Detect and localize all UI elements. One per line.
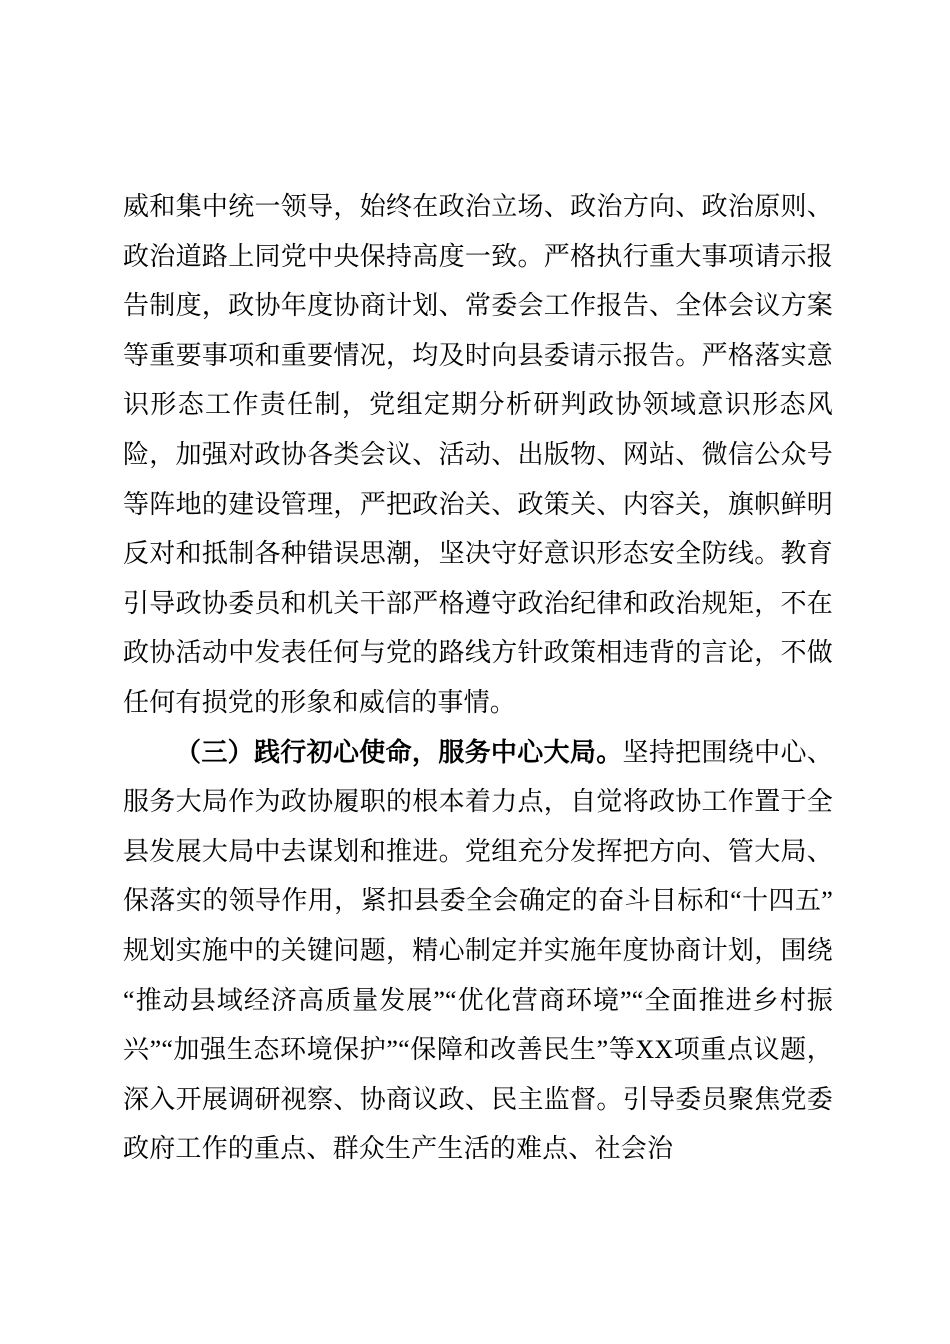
document-page: 威和集中统一领导，始终在政治立场、政治方向、政治原则、政治道路上同党中央保持高度… — [0, 0, 950, 1344]
paragraph-section-three: （三）践行初心使命，服务中心大局。坚持把围绕中心、服务大局作为政协履职的根本着力… — [123, 728, 833, 1174]
section-heading-bold: （三）践行初心使命，服务中心大局。 — [175, 738, 623, 767]
paragraph-continuation: 威和集中统一领导，始终在政治立场、政治方向、政治原则、政治道路上同党中央保持高度… — [123, 182, 833, 728]
paragraph-text: 威和集中统一领导，始终在政治立场、政治方向、政治原则、政治道路上同党中央保持高度… — [123, 192, 833, 717]
paragraph-text: 坚持把围绕中心、服务大局作为政协履职的根本着力点，自觉将政协工作置于全县发展大局… — [123, 738, 833, 1164]
document-body: 威和集中统一领导，始终在政治立场、政治方向、政治原则、政治道路上同党中央保持高度… — [123, 182, 833, 1174]
